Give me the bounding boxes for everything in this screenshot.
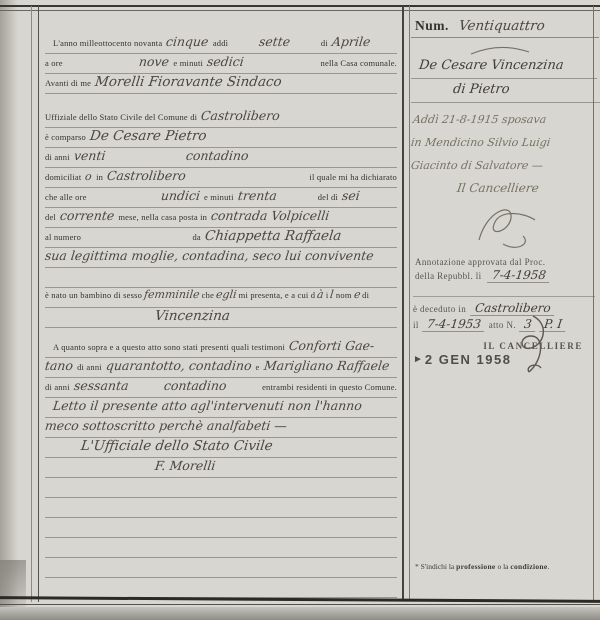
print-text: di anni [45,152,70,162]
print-text: di anni [77,362,102,372]
print-text: entrambi residenti in questo Comune. [262,382,397,392]
act-body: L'anno milleottocento novanta cinque add… [45,22,397,618]
act-blank-line [45,478,397,498]
print-text: che alle ore [45,192,87,202]
approval-stamp-date-line: della Repubbl. lì 7-4-1958 [415,268,597,283]
handwritten-text: Aprile [331,34,371,49]
handwritten-text: e [353,288,361,301]
pencil-text: in Mendicino Silvio Luigi [410,136,551,149]
print-text: di [362,290,369,300]
handwritten-text: Conforti Gae- [288,338,375,353]
handwritten-text: De Cesare Vincenzina [414,58,568,73]
print-text: Avanti di me [45,78,91,88]
print-text: il quale mi ha dichiarato [309,172,397,182]
handwritten-text: sua legittima moglie, contadina, seco lu… [44,248,375,263]
print-text: di [321,38,328,48]
print-text: mese, nella casa posta in [118,212,207,222]
print-text: addì [213,38,228,48]
num-label: Num. [415,18,449,34]
footnote: * S'indichi la professione o la condizio… [415,562,597,571]
handwritten-text: corrente [59,208,115,223]
act-line: al numero da Chiappetta Raffaela [45,228,397,248]
print-text: domiciliat [45,172,81,182]
handwritten-text: cinque [165,34,209,49]
act-line: sua legittima moglie, contadina, seco lu… [45,248,397,268]
handwritten-text: Morelli Fioravante Sindaco [94,74,283,90]
print-text: al numero [45,232,81,242]
birth-act-document: L'anno milleottocento novanta cinque add… [0,0,600,620]
marriage-annotation-line: Addì 21-8-1915 sposava [413,110,595,128]
footnote-text: . [548,562,550,571]
print-text: da [192,232,200,242]
print-text: a ore [45,58,63,68]
act-blank-line [45,558,397,578]
print-text: in [96,172,103,182]
handwritten-text: egli [215,288,237,301]
stamp-text: è deceduto in [413,304,466,314]
page-edge-shadow-bottom [0,607,600,620]
column-divider-rule [402,6,404,600]
pencil-text: Addì 21-8-1915 sposava [412,113,547,126]
print-text: del dì [318,192,338,202]
frame-top-rule-inner [0,10,600,11]
pencil-text: Il Cancelliere [456,181,540,195]
registered-name-line1: De Cesare Vincenzina [411,56,597,79]
margin-column: Num. Ventiquattro De Cesare Vincenzina d… [411,14,593,610]
handwritten-text: venti [73,148,106,163]
handwritten-text: tano [44,358,74,373]
signature-flourish-icon [473,200,543,252]
handwritten-text: contrada Volpicelli [210,208,330,223]
act-line: è nato un bambino di sesso femminile che… [45,288,397,308]
act-line: Uffiziale dello Stato Civile del Comune … [45,108,397,128]
frame-left-rule [38,6,39,602]
death-date: 7-4-1953 [422,317,486,332]
print-text: Uffiziale dello Stato Civile del Comune … [45,112,197,122]
handwritten-text: Marigliano Raffaele [263,358,390,373]
act-line: Avanti di me Morelli Fioravante Sindaco [45,74,397,94]
handwritten-text: quarantotto, contadino [105,358,253,373]
act-blank-line [45,578,397,598]
act-line: del corrente mese, nella casa posta in c… [45,208,397,228]
handwritten-text: femminile [143,288,200,301]
act-blank-line [45,518,397,538]
handwritten-text: à [316,288,324,301]
handwritten-text: undici [160,188,201,203]
handwritten-text: meco sottoscritto perchè analfabeti — [44,418,288,433]
date-stamp-text: 2 GEN 1958 [425,352,512,367]
act-line: domiciliat o in Castrolibero il quale mi… [45,168,397,188]
stamp-text: Annotazione approvata dal Proc. [415,257,545,267]
act-line: L'anno milleottocento novanta cinque add… [45,34,397,54]
handwritten-text: Vincenzina [154,308,231,324]
print-text: e [256,362,260,372]
column-divider-rule-inner [409,6,410,600]
print-text: i [326,290,329,300]
handwritten-text: Letto il presente atto agl'intervenuti n… [52,398,363,413]
act-line: che alle ore undici e minuti trenta del … [45,188,397,208]
handwritten-text: di Pietro [448,82,514,97]
print-text: che [202,290,214,300]
frame-top-rule [0,5,600,7]
marriage-annotation-signature: Il Cancelliere [457,179,600,197]
act-line: F. Morelli [45,458,397,478]
page-edge-shadow-left [0,0,18,620]
act-line: a ore nove e minuti sedici nella Casa co… [45,54,397,74]
handwritten-text: trenta [237,188,278,203]
act-line: di anni sessanta contadino entrambi resi… [45,378,397,398]
act-number-line: Num. Ventiquattro [411,18,599,38]
handwritten-text: sessanta [73,378,129,393]
act-line: tano di anni quarantotto, contadino e Ma… [45,358,397,378]
pencil-text: Giacinto di Salvatore — [410,159,544,172]
print-text: è nato un bambino di sesso [45,290,142,300]
date-stamp: ► 2 GEN 1958 [413,352,595,367]
act-blank-line [45,498,397,518]
act-line: di anni venti contadino [45,148,397,168]
footnote-bold: professione [456,562,495,571]
handwritten-text: sedici [206,54,245,69]
spacer [45,328,397,338]
handwritten-text: o [85,170,93,183]
marriage-annotation-line: in Mendicino Silvio Luigi [411,133,593,151]
print-text: A quanto sopra e a questo atto sono stat… [53,342,285,352]
act-line: A quanto sopra e a questo atto sono stat… [45,338,397,358]
spacer [45,94,397,108]
print-text: e minuti [173,58,203,68]
handwritten-text: sei [341,188,361,203]
handwritten-text: De Cesare Pietro [89,128,207,144]
print-text: mi presenta, e a cui d [239,290,316,300]
arrow-marker-icon: ► [413,354,423,365]
footnote-text: * S'indichi la [415,562,456,571]
approval-date: 7-4-1958 [487,268,551,283]
print-text: di anni [45,382,70,392]
handwritten-text: sette [258,34,291,49]
spacer [45,22,397,34]
stamp-text: il [413,320,419,330]
handwritten-text: nove [138,54,170,69]
footnote-bold: condizione [510,562,547,571]
handwritten-text: Castrolibero [106,168,187,183]
handwritten-text: contadino [163,378,227,393]
handwritten-text: contadino [185,148,249,163]
handwritten-text: L'Ufficiale dello Stato Civile [80,438,274,454]
print-text: del [45,212,56,222]
marriage-annotation-line: Giacinto di Salvatore — [411,156,593,174]
act-line: Letto il presente atto agl'intervenuti n… [45,398,397,418]
act-blank-line [45,268,397,288]
registered-name-line2: di Pietro [411,80,600,103]
act-line: Vincenzina [45,308,397,328]
act-blank-line [45,538,397,558]
act-number-value: Ventiquattro [458,18,546,34]
print-text: nella Casa comunale. [321,58,397,68]
death-annotation-line2: il 7-4-1953 atto N. 3 P. I [413,317,595,332]
handwritten-text: l [330,288,335,301]
print-text: nom [336,290,352,300]
frame-bottom-rule-inner [0,604,600,605]
footnote-text: o la [496,562,511,571]
act-line: è comparso De Cesare Pietro [45,128,397,148]
act-line: L'Ufficiale dello Stato Civile [45,438,397,458]
print-text: e minuti [204,192,234,202]
stamp-text: della Repubbl. lì [415,271,482,281]
handwritten-text: Castrolibero [200,108,281,123]
death-annotation-line1: è deceduto in Castrolibero [413,296,595,316]
print-text: è comparso [45,132,86,142]
pencil-arc-flourish-icon [469,44,531,56]
frame-left-rule-outer [31,6,32,602]
handwritten-text: Chiappetta Raffaela [204,228,342,244]
official-signature: F. Morelli [154,458,216,473]
print-text: L'anno milleottocento novanta [53,38,162,48]
act-line: meco sottoscritto perchè analfabeti — [45,418,397,438]
